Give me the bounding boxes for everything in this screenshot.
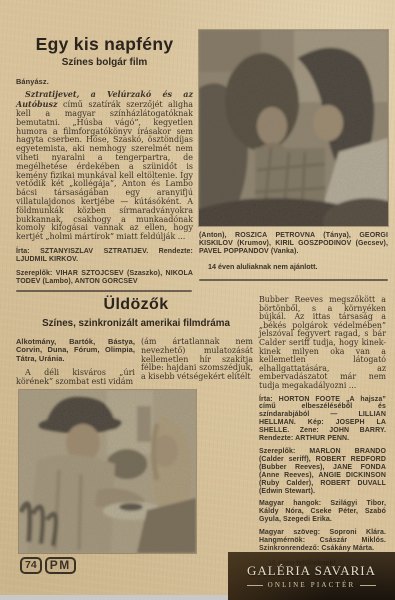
- article1-credits-cast: Szereplők: VIHAR SZTOJCSEV (Szaszko), NI…: [16, 270, 193, 286]
- newspaper-page: Egy kis napfény Színes bolgár film Bányá…: [0, 0, 395, 600]
- article1-body: Sztratijevet, a Velúrzakó és az Autóbusz…: [16, 90, 193, 242]
- article1-photo-column: (Anton), ROSZICA PETROVNA (Tánya), GEORG…: [199, 30, 388, 272]
- article2-column-1: Alkotmány, Bartók, Bástya, Corvin, Duna,…: [16, 338, 135, 387]
- article-egy-kis-napfeny: Egy kis napfény Színes bolgár film Bányá…: [16, 34, 193, 286]
- article1-theater-list: Bányász.: [16, 78, 193, 86]
- article2-credits-cast: Szereplők: MARLON BRANDO (Calder seriff)…: [259, 448, 386, 495]
- watermark-subtitle-text: ONLINE PIACTÉR: [268, 581, 356, 589]
- watermark-title: GALÉRIA SAVARIA: [247, 563, 376, 579]
- watermark-subtitle: ONLINE PIACTÉR: [247, 581, 377, 589]
- page-number-badge: 74: [20, 557, 42, 574]
- article2-credits-crew: Magyar szöveg: Soproni Klára. Hangmérnök…: [259, 529, 386, 553]
- article2-story-part1: A déli kisváros „úri körének” szombat es…: [16, 369, 135, 387]
- article2-story-part2: (ám ártatlannak nem nevezhető) mulatozás…: [141, 338, 253, 382]
- article1-body-rest: című szatírák szerzőjét aligha kell a ma…: [16, 100, 193, 241]
- article1-subtitle: Színes bolgár film: [16, 57, 193, 69]
- article1-credits-written: Írta: SZTANYISZLAV SZTRATIJEV. Rendezte:…: [16, 248, 193, 264]
- article2-column-2: (ám ártatlannak nem nevezhető) mulatozás…: [141, 338, 253, 382]
- article1-age-rating: 14 éven aluliaknak nem ajánlott.: [199, 263, 388, 271]
- film-still-2: [19, 390, 196, 553]
- film-still-1-image: [199, 30, 388, 226]
- watermark-dash-left: [247, 585, 263, 586]
- article-uldozok-header: Üldözők Színes, szinkronizált amerikai f…: [16, 296, 256, 330]
- article2-title: Üldözők: [16, 296, 256, 314]
- article1-photo-caption: (Anton), ROSZICA PETROVNA (Tánya), GEORG…: [199, 232, 388, 256]
- article2-subtitle: Színes, szinkronizált amerikai filmdráma: [16, 318, 256, 330]
- article2-credits-written: Írta: HORTON FOOTE „A hajsza” című elbes…: [259, 396, 386, 443]
- film-still-1: [199, 30, 388, 226]
- watermark-dash-right: [360, 585, 376, 586]
- magazine-logo: PM: [45, 557, 76, 574]
- article2-theater-list: Alkotmány, Bartók, Bástya, Corvin, Duna,…: [16, 338, 135, 363]
- watermark: GALÉRIA SAVARIA ONLINE PIACTÉR: [228, 552, 395, 600]
- article2-column-3: Bubber Reeves megszökött a börtönből, s …: [259, 296, 386, 567]
- section-divider-left: [16, 290, 192, 292]
- article2-credits-voices: Magyar hangok: Szilágyi Tibor, Káldy Nór…: [259, 500, 386, 524]
- section-divider-right: [199, 279, 388, 281]
- article1-title: Egy kis napfény: [16, 34, 193, 54]
- magazine-footer-logo: 74 PM: [20, 557, 76, 574]
- film-still-2-image: [19, 390, 196, 553]
- article2-story-part3: Bubber Reeves megszökött a börtönből, s …: [259, 296, 386, 391]
